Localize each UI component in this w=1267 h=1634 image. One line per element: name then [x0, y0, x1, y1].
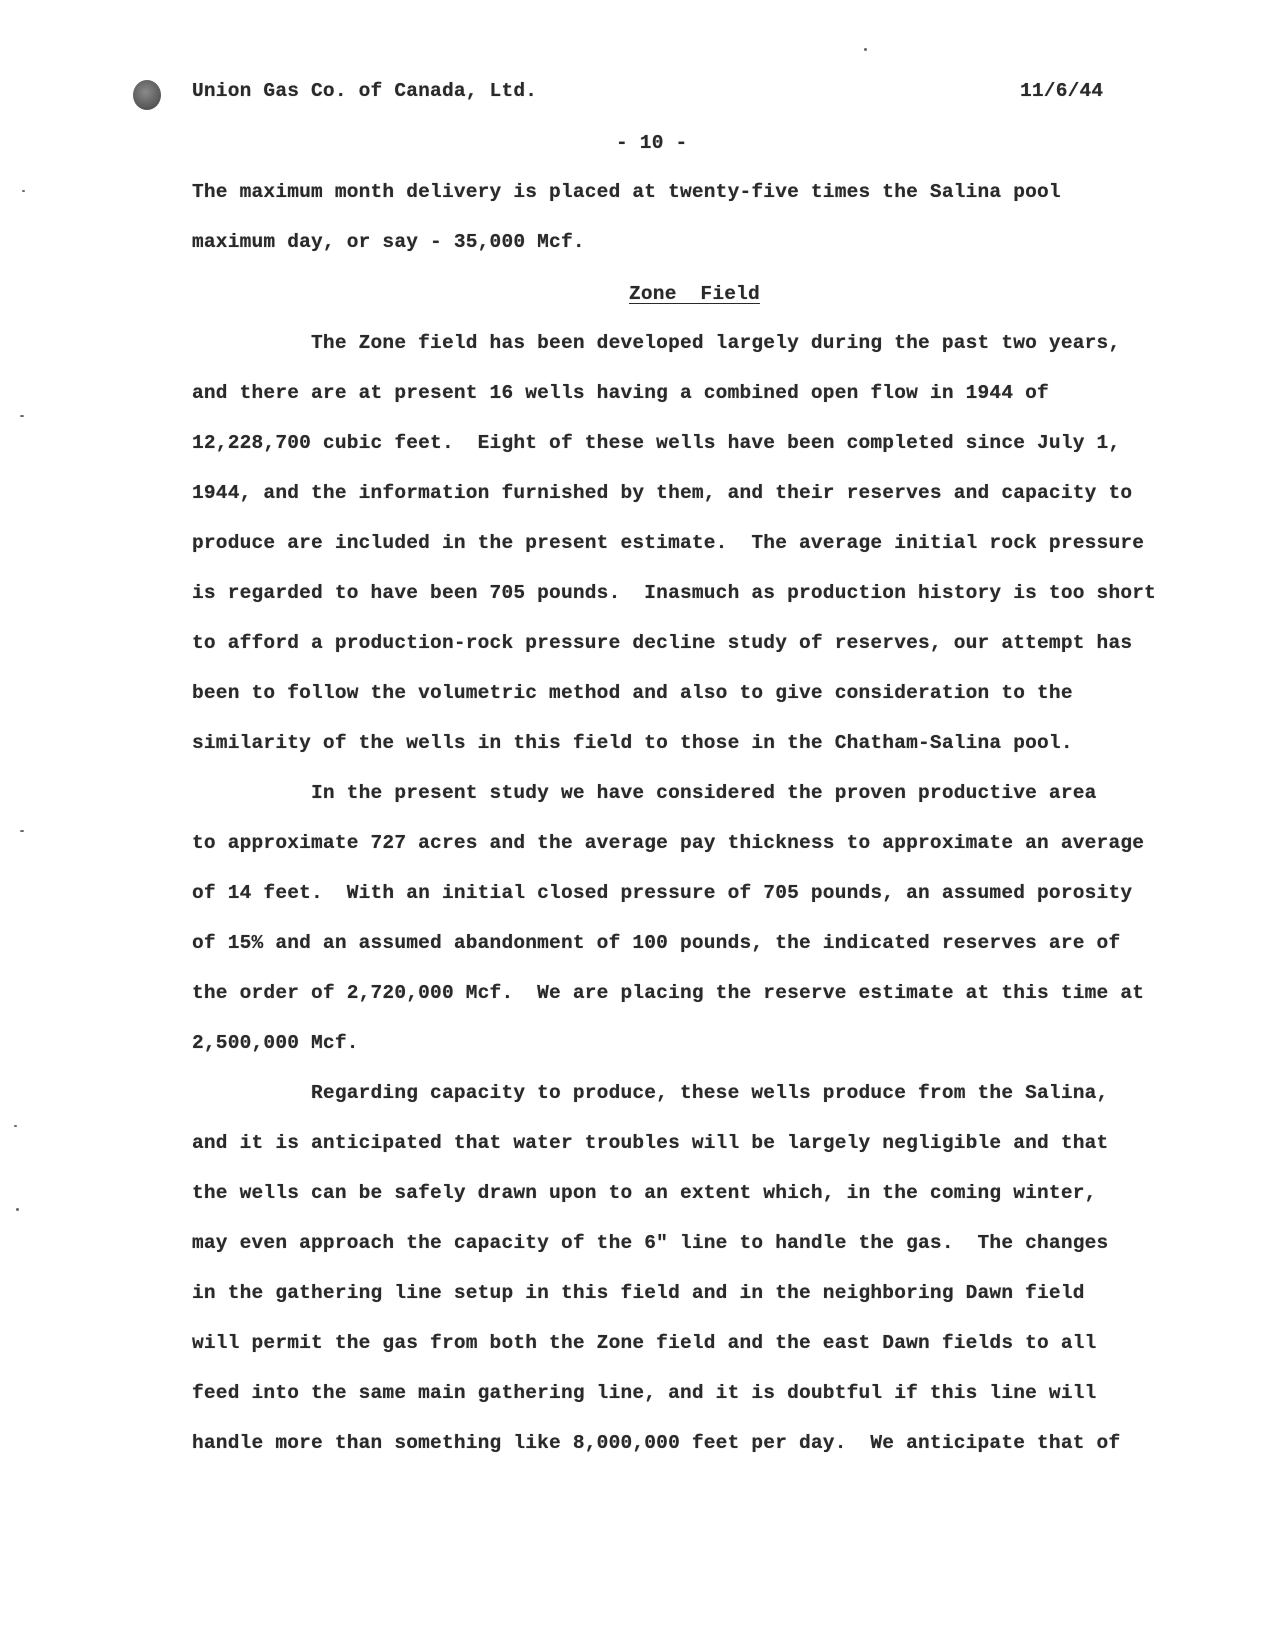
paragraph-3-line: will permit the gas from both the Zone f… [192, 1332, 1097, 1354]
company-header: Union Gas Co. of Canada, Ltd. [192, 80, 537, 102]
paragraph-3-line: the wells can be safely drawn upon to an… [192, 1182, 1097, 1204]
scan-speck [864, 48, 867, 51]
scan-speck [20, 830, 24, 832]
paragraph-2-line: of 14 feet. With an initial closed press… [192, 882, 1132, 904]
page-number: - 10 - [616, 132, 687, 154]
paragraph-3-line: in the gathering line setup in this fiel… [192, 1282, 1085, 1304]
document-page: Union Gas Co. of Canada, Ltd. 11/6/44 - … [0, 0, 1267, 1634]
paragraph-1-line: is regarded to have been 705 pounds. Ina… [192, 582, 1156, 604]
paragraph-1-line: The Zone field has been developed largel… [192, 332, 1120, 354]
paragraph-1-line: 12,228,700 cubic feet. Eight of these we… [192, 432, 1120, 454]
paragraph-2-line: In the present study we have considered … [192, 782, 1097, 804]
paragraph-1-line: and there are at present 16 wells having… [192, 382, 1049, 404]
scan-speck [22, 190, 25, 192]
paragraph-2-line: 2,500,000 Mcf. [192, 1032, 359, 1054]
paragraph-3-line: handle more than something like 8,000,00… [192, 1432, 1120, 1454]
scan-speck [16, 1208, 19, 1211]
paragraph-1-line: to afford a production-rock pressure dec… [192, 632, 1132, 654]
paragraph-2-line: the order of 2,720,000 Mcf. We are placi… [192, 982, 1144, 1004]
paragraph-3-line: Regarding capacity to produce, these wel… [192, 1082, 1108, 1104]
paragraph-3-line: feed into the same main gathering line, … [192, 1382, 1097, 1404]
document-date: 11/6/44 [1020, 80, 1103, 102]
punch-hole-mark [133, 80, 161, 110]
scan-speck [20, 415, 24, 417]
paragraph-2-line: of 15% and an assumed abandonment of 100… [192, 932, 1120, 954]
scan-speck [14, 1125, 17, 1127]
paragraph-1-line: been to follow the volumetric method and… [192, 682, 1073, 704]
paragraph-3-line: and it is anticipated that water trouble… [192, 1132, 1108, 1154]
intro-line: maximum day, or say - 35,000 Mcf. [192, 231, 585, 253]
intro-line: The maximum month delivery is placed at … [192, 181, 1061, 203]
paragraph-1-line: similarity of the wells in this field to… [192, 732, 1073, 754]
paragraph-1-line: produce are included in the present esti… [192, 532, 1144, 554]
paragraph-1-line: 1944, and the information furnished by t… [192, 482, 1132, 504]
section-title: Zone Field [629, 283, 760, 305]
paragraph-3-line: may even approach the capacity of the 6"… [192, 1232, 1108, 1254]
paragraph-2-line: to approximate 727 acres and the average… [192, 832, 1144, 854]
